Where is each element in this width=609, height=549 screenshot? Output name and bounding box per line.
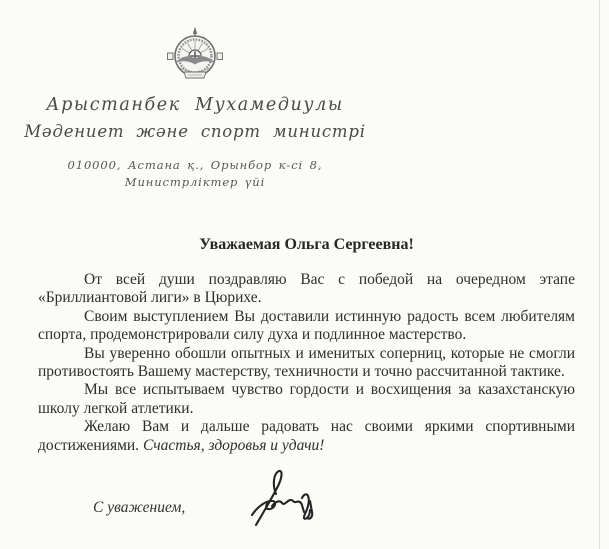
letter-paragraph-5: Желаю Вам и дальше радовать нас своими я… xyxy=(38,418,575,455)
sender-address-line2: Министрліктер үйі xyxy=(0,174,390,191)
handwritten-signature xyxy=(236,468,331,537)
kazakhstan-coat-of-arms-icon xyxy=(166,26,224,82)
closing-salutation: С уважением, xyxy=(93,499,185,517)
letter-paragraph-3: Вы уверенно обошли опытных и именитых со… xyxy=(38,345,575,382)
signature-icon xyxy=(236,468,331,532)
scan-edge-artifact xyxy=(599,0,600,549)
letter-paragraph-4: Мы все испытываем чувство гордости и вос… xyxy=(38,381,575,418)
sender-address-line1: 010000, Астана қ., Орынбор к-сі 8, xyxy=(0,157,390,174)
letter-paragraph-1: От всей души поздравляю Вас с победой на… xyxy=(38,271,575,308)
sender-title: Мәдениет және спорт министрі xyxy=(0,120,390,144)
letterhead: Арыстанбек Мухамедиулы Мәдениет және спо… xyxy=(0,26,390,191)
letter-paragraph-2: Своим выступлением Вы доставили истинную… xyxy=(38,308,575,345)
emblem-container xyxy=(0,26,390,84)
letter-document: Арыстанбек Мухамедиулы Мәдениет және спо… xyxy=(0,0,609,549)
salutation: Уважаемая Ольга Сергеевна! xyxy=(38,236,575,254)
letter-body: Уважаемая Ольга Сергеевна! От всей души … xyxy=(38,236,575,455)
sender-name: Арыстанбек Мухамедиулы xyxy=(0,93,390,118)
paragraph-5-italic-text: Счастья, здоровья и удачи! xyxy=(143,437,325,454)
